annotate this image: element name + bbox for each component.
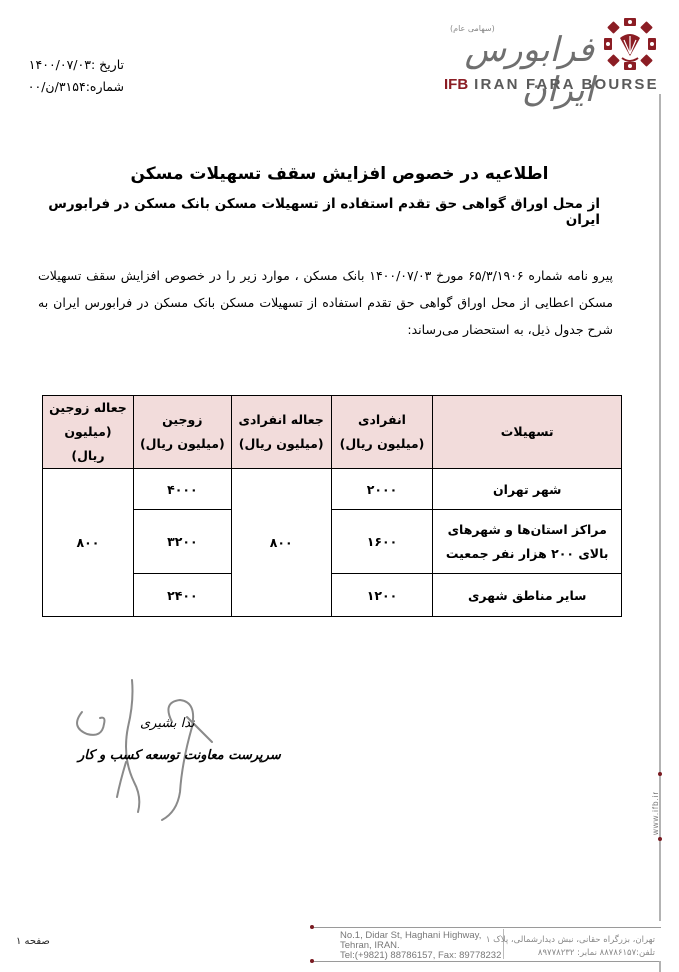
header-couples: زوجین(میلیون ریال) bbox=[133, 396, 231, 469]
body-paragraph: پیرو نامه شماره ۶۵/۳/۱۹۰۶ مورخ ۱۴۰۰/۰۷/۰… bbox=[38, 262, 613, 343]
page-title: اطلاعیه در خصوص افزایش سقف تسهیلات مسکن bbox=[0, 164, 679, 184]
signer-role: سرپرست معاونت توسعه کسب و کار bbox=[78, 748, 281, 763]
cell-individual: ۱۶۰۰ bbox=[331, 510, 433, 574]
cell-individual: ۲۰۰۰ bbox=[331, 469, 433, 510]
logo-name-en: IFBIRAN FARA BOURSE bbox=[444, 76, 662, 93]
footer-bottom-rule bbox=[312, 961, 661, 962]
logo-abbr: IFB bbox=[444, 76, 468, 93]
letter-number: شماره:۳۱۵۴/ن/۰۰ bbox=[18, 76, 124, 98]
logo-name-fa: فرابورس ایران bbox=[444, 30, 594, 110]
footer-dot bbox=[310, 925, 314, 929]
company-logo: (سهامی عام) فرابورس ایران IFBIRAN FARA B… bbox=[444, 12, 662, 94]
table-header-row: تسهیلات انفرادی(میلیون ریال) جعاله انفرا… bbox=[43, 396, 622, 469]
footer-dot bbox=[310, 959, 314, 963]
frame-dot bbox=[658, 837, 662, 841]
header-individual: انفرادی(میلیون ریال) bbox=[331, 396, 433, 469]
ifb-emblem-icon bbox=[602, 16, 658, 72]
cell-category: مراکز استان‌ها و شهرهای بالای ۲۰۰ هزار ن… bbox=[433, 510, 622, 574]
housing-loan-table: تسهیلات انفرادی(میلیون ریال) جعاله انفرا… bbox=[42, 395, 622, 617]
footer-top-rule bbox=[312, 927, 661, 928]
cell-couples: ۴۰۰۰ bbox=[133, 469, 231, 510]
cell-category: سایر مناطق شهری bbox=[433, 574, 622, 617]
cell-individual: ۱۲۰۰ bbox=[331, 574, 433, 617]
page-number: صفحه ۱ bbox=[16, 936, 50, 947]
logo-english-name: IRAN FARA BOURSE bbox=[474, 76, 659, 93]
cell-couples: ۲۴۰۰ bbox=[133, 574, 231, 617]
right-frame-line-bottom bbox=[659, 961, 661, 972]
cell-jaale-individual: ۸۰۰ bbox=[231, 469, 331, 617]
page-subtitle: از محل اوراق گواهی حق تقدم استفاده از تس… bbox=[40, 196, 600, 228]
cell-couples: ۳۲۰۰ bbox=[133, 510, 231, 574]
footer-address-en: No.1, Didar St, Haghani Highway, Tehran,… bbox=[340, 931, 501, 961]
cell-category: شهر تهران bbox=[433, 469, 622, 510]
letter-date: تاریخ :۱۴۰۰/۰۷/۰۳ bbox=[18, 54, 124, 76]
header-jaale-couples: جعاله زوجین(میلیون ریال) bbox=[43, 396, 134, 469]
header-jaale-individual: جعاله انفرادی(میلیون ریال) bbox=[231, 396, 331, 469]
header-category: تسهیلات bbox=[433, 396, 622, 469]
handwritten-signature-icon bbox=[62, 672, 242, 822]
signer-name: ندا بشیری bbox=[140, 716, 195, 731]
letter-meta: تاریخ :۱۴۰۰/۰۷/۰۳ شماره:۳۱۵۴/ن/۰۰ bbox=[18, 54, 124, 98]
table-row: شهر تهران ۲۰۰۰ ۸۰۰ ۴۰۰۰ ۸۰۰ bbox=[43, 469, 622, 510]
website-vertical-text: www.ifb.ir bbox=[651, 775, 663, 835]
cell-jaale-couples: ۸۰۰ bbox=[43, 469, 134, 617]
footer-address-fa: تهران، بزرگراه حقانی، نبش دیدارشمالی، پل… bbox=[505, 934, 655, 960]
